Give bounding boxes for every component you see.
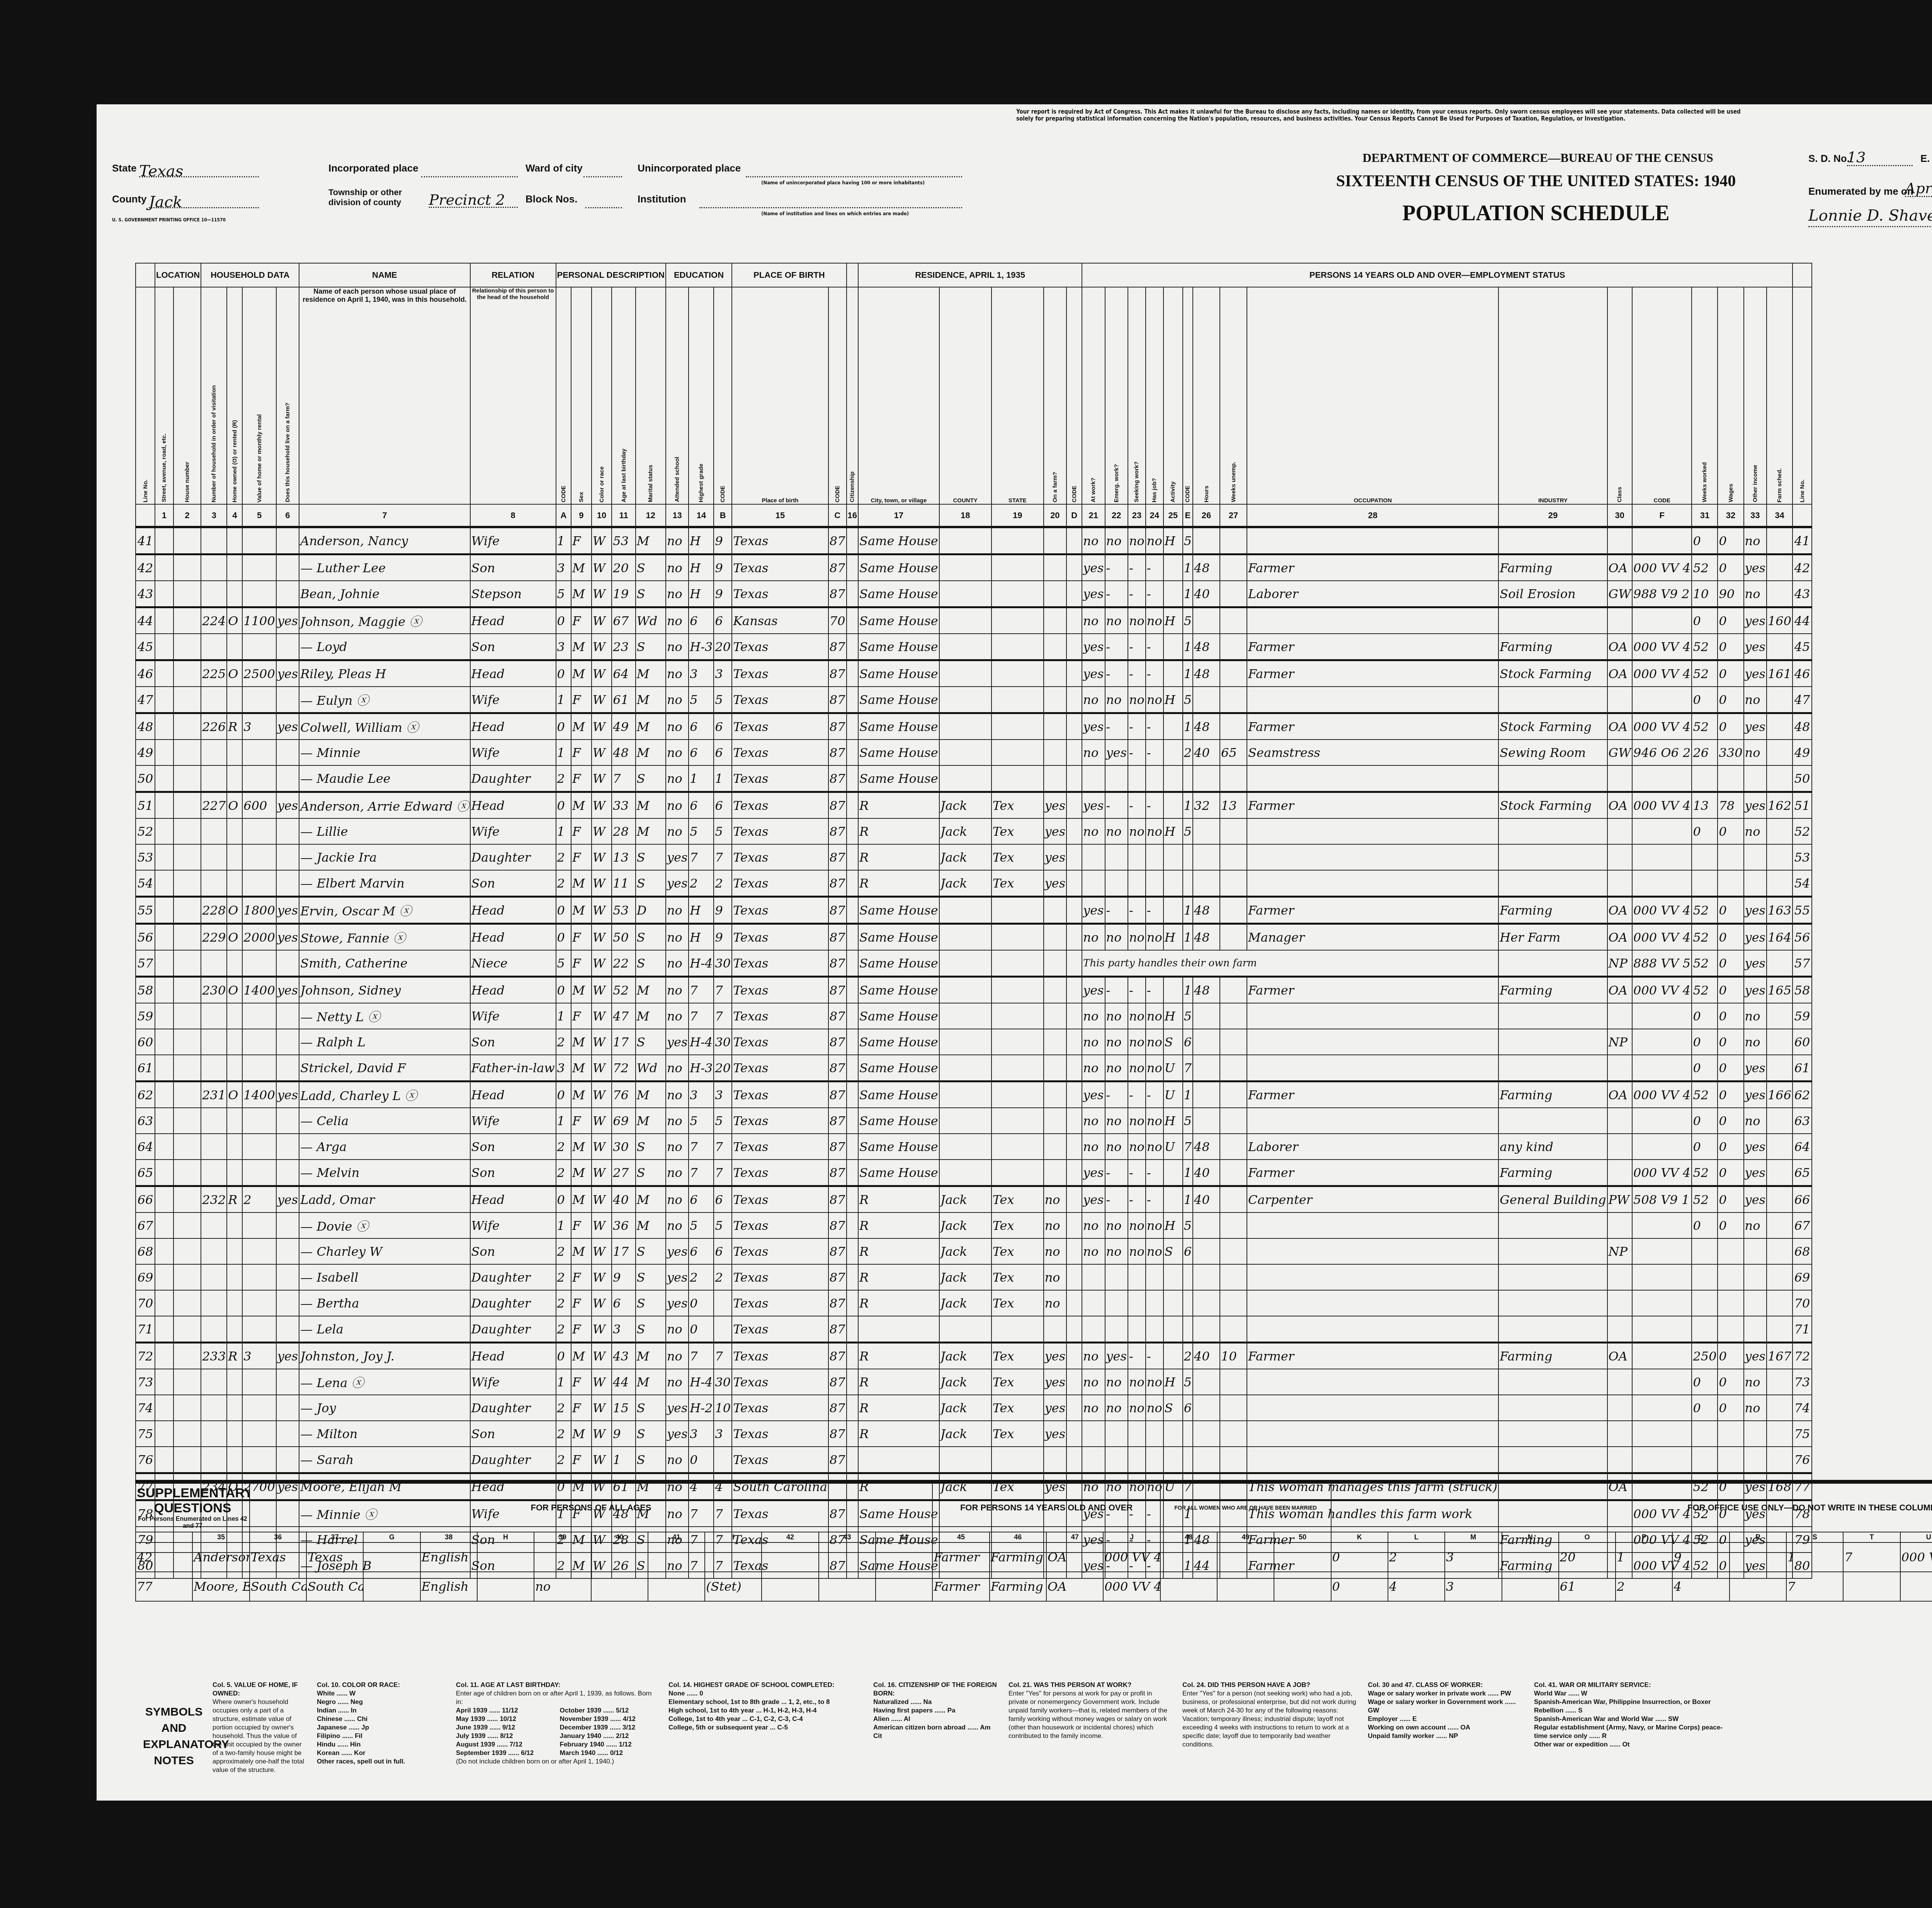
cell-tenure: [227, 740, 242, 765]
cell-cc: 87: [828, 1160, 847, 1186]
cell-c34: [1767, 687, 1793, 713]
cell-cc: 87: [828, 1055, 847, 1082]
cell-c32: 0: [1718, 713, 1743, 740]
cell-name: Strickel, David F: [299, 1055, 470, 1082]
cell-rcity: [858, 1447, 939, 1473]
cell-cb: 1: [714, 765, 732, 792]
cell-cd: [1066, 1108, 1082, 1134]
cell-c22: -: [1105, 581, 1128, 607]
cell-cf: [1632, 1316, 1692, 1343]
cell-c31: 52: [1692, 977, 1718, 1003]
line-number: 50: [136, 765, 155, 792]
cell-sch: no: [666, 1003, 689, 1029]
cell-rstate: [992, 1029, 1044, 1055]
cell-c23: no: [1128, 1003, 1146, 1029]
supp-cell-usual_occ: Farmer: [932, 1542, 989, 1572]
supp-cell-line: 77: [136, 1572, 192, 1601]
cell-birth: Texas: [732, 660, 828, 687]
cell-c32: 0: [1718, 1343, 1743, 1369]
cell-cf: [1632, 1238, 1692, 1264]
cell-c33: yes: [1744, 792, 1767, 819]
cell-birth: Texas: [732, 1212, 828, 1238]
cell-cc: 87: [828, 1421, 847, 1447]
cell-rcity: Same House: [858, 1082, 939, 1108]
cell-mar: S: [636, 870, 666, 897]
cell-mar: M: [636, 713, 666, 740]
cell-relation: Head: [470, 660, 556, 687]
column-number: 18: [939, 504, 992, 527]
enumerated-label: Enumerated by me on: [1808, 185, 1913, 197]
cell-sch: no: [666, 554, 689, 581]
cell-sch: no: [666, 1134, 689, 1160]
cell-c25: [1163, 765, 1183, 792]
column-numbers: 12345678A91011121314B15C1617181920D21222…: [136, 504, 1812, 527]
cell-c25: [1163, 1264, 1183, 1290]
cell-cit: [847, 1134, 858, 1160]
supp-cell-m: 3: [1445, 1572, 1502, 1601]
cell-ca: 1: [556, 1212, 571, 1238]
cell-name: — Lena ⓧ: [299, 1369, 470, 1395]
cell-cb: 5: [714, 687, 732, 713]
column-number: 26: [1193, 504, 1220, 527]
supp-column-numbers: 353637G38H394041I424344454647J484950KLMN…: [136, 1532, 1932, 1542]
cell-rcounty: [939, 660, 992, 687]
cell-name: — Elbert Marvin: [299, 870, 470, 897]
cell-age: 13: [612, 844, 635, 870]
cell-ca: 2: [556, 1160, 571, 1186]
note-item: February 1940 ...... 1/12: [560, 1740, 657, 1749]
cell-value: [242, 1108, 276, 1134]
unincorporated-field: [746, 162, 962, 177]
cell-visit: [201, 844, 227, 870]
cell-c25: [1163, 713, 1183, 740]
cell-c31: 52: [1692, 1082, 1718, 1108]
note-col41: Col. 41. WAR OR MILITARY SERVICE:World W…: [1534, 1681, 1727, 1749]
note-item: May 1939 ...... 10/12: [456, 1715, 553, 1723]
cell-cd: [1066, 1316, 1082, 1343]
cell-rfarm: [1044, 977, 1066, 1003]
supp-column-number: M: [1445, 1532, 1502, 1542]
township-label: Township or other division of county: [328, 187, 429, 207]
cell-sex: F: [571, 1395, 592, 1421]
cell-mar: S: [636, 1264, 666, 1290]
cell-sch: yes: [666, 1264, 689, 1290]
cell-cd: [1066, 634, 1082, 660]
block-label: Block Nos.: [526, 193, 577, 205]
cell-relation: Stepson: [470, 581, 556, 607]
note-item: Other war or expedition ...... Ot: [1534, 1740, 1727, 1749]
cell-age: 33: [612, 792, 635, 819]
column-number: 29: [1498, 504, 1607, 527]
cell-c32: 0: [1718, 660, 1743, 687]
cell-rcity: R: [858, 1212, 939, 1238]
note-item: Korean ...... Kor: [317, 1749, 444, 1757]
supp-column-number: L: [1388, 1532, 1445, 1542]
cell-age: 48: [612, 740, 635, 765]
cell-cf: [1632, 818, 1692, 844]
cell-rfarm: [1044, 660, 1066, 687]
cell-c23: -: [1128, 740, 1146, 765]
cell-rcounty: [939, 1134, 992, 1160]
cell-cb: 7: [714, 844, 732, 870]
cell-grade: H: [689, 581, 714, 607]
cell-c24: no: [1146, 1369, 1163, 1395]
cell-c21: no: [1082, 1212, 1105, 1238]
cell-c33: yes: [1744, 713, 1767, 740]
cell-grade: 1: [689, 765, 714, 792]
cell-rcity: R: [858, 1290, 939, 1316]
cell-sch: no: [666, 1186, 689, 1213]
cell-occ: [1247, 870, 1498, 897]
table-row: 74— JoyDaughter2FW15SyesH-210Texas87RJac…: [136, 1395, 1812, 1421]
supp-cell-r: [1730, 1542, 1786, 1572]
column-number: 14: [689, 504, 714, 527]
cell-race: W: [592, 1160, 612, 1186]
supp-cell-n: [1502, 1542, 1559, 1572]
cell-value: [242, 1369, 276, 1395]
cell-street: [155, 1447, 173, 1473]
cell-tenure: [227, 844, 242, 870]
cell-c25: U: [1163, 1134, 1183, 1160]
table-row: 48226R3yesColwell, William ⓧHead0MW49Mno…: [136, 713, 1812, 740]
cell-rfarm: [1044, 1029, 1066, 1055]
cell-c22: -: [1105, 660, 1128, 687]
cell-age: 17: [612, 1238, 635, 1264]
cell-street: [155, 792, 173, 819]
note-col21: Col. 21. WAS THIS PERSON AT WORK?Enter "…: [1009, 1681, 1171, 1740]
cell-sch: no: [666, 1160, 689, 1186]
line-number: 67: [136, 1212, 155, 1238]
cell-age: 3: [612, 1316, 635, 1343]
cell-name: — Jackie Ira: [299, 844, 470, 870]
cell-c34: [1767, 634, 1793, 660]
cell-c24: -: [1146, 740, 1163, 765]
cell-c22: -: [1105, 634, 1128, 660]
cell-c24: -: [1146, 634, 1163, 660]
cell-c25: [1163, 1343, 1183, 1369]
cell-c33: yes: [1744, 950, 1767, 977]
cell-tenure: O: [227, 660, 242, 687]
cell-tenure: [227, 1055, 242, 1082]
supp-cell-c39: no: [534, 1572, 591, 1601]
unincorporated-label: Unincorporated place: [638, 162, 741, 174]
supp-cell-i: [705, 1542, 762, 1572]
cell-race: W: [592, 634, 612, 660]
note-item: July 1939 ...... 8/12: [456, 1732, 553, 1740]
cell-c22: -: [1105, 554, 1128, 581]
cell-ce: 1: [1183, 713, 1193, 740]
cell-c33: no: [1744, 527, 1767, 554]
cell-cls: NP: [1607, 950, 1632, 977]
cell-ce: 1: [1183, 634, 1193, 660]
line-number: 71: [1793, 1316, 1812, 1343]
cell-rfarm: yes: [1044, 844, 1066, 870]
cell-age: 6: [612, 1290, 635, 1316]
column-number: 31: [1692, 504, 1718, 527]
cell-c33: yes: [1744, 554, 1767, 581]
line-number: 44: [136, 607, 155, 634]
line-number: 64: [136, 1134, 155, 1160]
cell-name: Anderson, Nancy: [299, 527, 470, 554]
cell-rstate: [992, 740, 1044, 765]
cell-birth: Texas: [732, 1264, 828, 1290]
cell-c25: S: [1163, 1238, 1183, 1264]
line-number: 44: [1793, 607, 1812, 634]
cell-farm: [276, 1264, 299, 1290]
cell-c31: 10: [1692, 581, 1718, 607]
cell-cc: 87: [828, 713, 847, 740]
cell-rcity: R: [858, 792, 939, 819]
note-item: June 1939 ...... 9/12: [456, 1723, 553, 1732]
cell-c23: no: [1128, 1395, 1146, 1421]
cell-tenure: [227, 1290, 242, 1316]
cell-c27: [1220, 554, 1247, 581]
cell-sch: no: [666, 634, 689, 660]
cell-cit: [847, 977, 858, 1003]
column-number: 5: [242, 504, 276, 527]
cell-farm: yes: [276, 1082, 299, 1108]
cell-ind: [1498, 607, 1607, 634]
cell-c32: [1718, 1264, 1743, 1290]
cell-house: [173, 844, 201, 870]
table-row: 46225O2500yesRiley, Pleas HHead0MW64Mno3…: [136, 660, 1812, 687]
cell-occ: Farmer: [1247, 554, 1498, 581]
supp-cell-mother: South Carolina: [306, 1572, 363, 1601]
cell-c23: -: [1128, 554, 1146, 581]
cell-occ: [1247, 607, 1498, 634]
cell-ind: Farming: [1498, 554, 1607, 581]
table-row: 73— Lena ⓧWife1FW44MnoH-430Texas87RJackT…: [136, 1369, 1812, 1395]
note-item: Filipino ...... Fil: [317, 1732, 444, 1740]
cell-cc: 87: [828, 634, 847, 660]
cell-rcounty: Jack: [939, 1238, 992, 1264]
cell-visit: [201, 634, 227, 660]
cell-birth: Texas: [732, 713, 828, 740]
cell-c32: 0: [1718, 554, 1743, 581]
cell-cb: 5: [714, 818, 732, 844]
cell-c32: 0: [1718, 977, 1743, 1003]
cell-cc: 87: [828, 977, 847, 1003]
cell-ca: 0: [556, 792, 571, 819]
cell-house: [173, 1003, 201, 1029]
note-item: Employer ...... E: [1368, 1715, 1522, 1723]
cell-rfarm: [1044, 607, 1066, 634]
line-number: 65: [136, 1160, 155, 1186]
cell-c24: [1146, 765, 1163, 792]
cell-farm: [276, 1238, 299, 1264]
cell-ce: [1183, 1290, 1193, 1316]
cell-rcity: R: [858, 1369, 939, 1395]
cell-c33: no: [1744, 1003, 1767, 1029]
cell-cb: 9: [714, 527, 732, 554]
cell-ind: Stock Farming: [1498, 713, 1607, 740]
cell-race: W: [592, 1369, 612, 1395]
cell-c27: [1220, 870, 1247, 897]
cell-c26: [1193, 1447, 1220, 1473]
cell-ind: Her Farm: [1498, 924, 1607, 951]
cell-mar: M: [636, 1369, 666, 1395]
cell-rstate: Tex: [992, 1186, 1044, 1213]
supp-cell-c41: [648, 1542, 705, 1572]
cell-name: — Eulyn ⓧ: [299, 687, 470, 713]
cell-sex: M: [571, 1029, 592, 1055]
cell-cd: [1066, 581, 1082, 607]
cell-ind: [1498, 1369, 1607, 1395]
cell-street: [155, 844, 173, 870]
cell-c31: 26: [1692, 740, 1718, 765]
table-row: 41Anderson, NancyWife1FW53MnoH9Texas87Sa…: [136, 527, 1812, 554]
cell-c31: [1692, 1316, 1718, 1343]
cell-rstate: [992, 765, 1044, 792]
cell-cc: 87: [828, 660, 847, 687]
cell-cls: [1607, 607, 1632, 634]
cell-cd: [1066, 1186, 1082, 1213]
cell-sex: M: [571, 1343, 592, 1369]
cell-c23: [1128, 870, 1146, 897]
line-number: 68: [136, 1238, 155, 1264]
cell-visit: 233: [201, 1343, 227, 1369]
cell-c31: [1692, 1264, 1718, 1290]
cell-c32: 90: [1718, 581, 1743, 607]
cell-ce: 7: [1183, 1134, 1193, 1160]
cell-cd: [1066, 1395, 1082, 1421]
cell-cit: [847, 1264, 858, 1290]
column-number: 2: [173, 504, 201, 527]
cell-occ: [1247, 765, 1498, 792]
cell-cls: NP: [1607, 1029, 1632, 1055]
supp-cell-c50: [1274, 1542, 1331, 1572]
cell-visit: [201, 1395, 227, 1421]
cell-sch: no: [666, 897, 689, 924]
cell-c34: [1767, 950, 1793, 977]
column-number: 34: [1767, 504, 1793, 527]
cell-c33: [1744, 844, 1767, 870]
cell-birth: Texas: [732, 1447, 828, 1473]
supp-column-number: 47: [1046, 1532, 1103, 1542]
cell-value: 600: [242, 792, 276, 819]
cell-rfarm: yes: [1044, 1421, 1066, 1447]
cell-c26: 48: [1193, 554, 1220, 581]
sd-label: S. D. No.: [1808, 153, 1850, 165]
cell-cit: [847, 1421, 858, 1447]
cell-occ: Farmer: [1247, 634, 1498, 660]
supplementary-questions: SUPPLEMENTARY QUESTIONS For Persons Enum…: [135, 1480, 1932, 1668]
cell-rfarm: yes: [1044, 1369, 1066, 1395]
cell-rcounty: [939, 634, 992, 660]
cell-rcity: R: [858, 870, 939, 897]
cell-c27: [1220, 1108, 1247, 1134]
cell-birth: Texas: [732, 1290, 828, 1316]
cell-ce: 1: [1183, 1186, 1193, 1213]
cell-occ: [1247, 1003, 1498, 1029]
cell-birth: Texas: [732, 1395, 828, 1421]
cell-cls: [1607, 527, 1632, 554]
cell-c32: [1718, 1316, 1743, 1343]
cell-occ: [1247, 1212, 1498, 1238]
supp-cell-k: 0: [1331, 1572, 1388, 1601]
cell-sex: M: [571, 1238, 592, 1264]
cell-cit: [847, 924, 858, 951]
supp-group-women: FOR ALL WOMEN WHO ARE OR HAVE BEEN MARRI…: [1160, 1483, 1331, 1532]
cell-ind: [1498, 1316, 1607, 1343]
cell-occ: [1247, 527, 1498, 554]
cell-cls: OA: [1607, 897, 1632, 924]
cell-c24: no: [1146, 1134, 1163, 1160]
cell-cc: 87: [828, 527, 847, 554]
cell-c27: [1220, 687, 1247, 713]
cell-cf: [1632, 844, 1692, 870]
cell-grade: H-4: [689, 1029, 714, 1055]
line-number: 47: [136, 687, 155, 713]
cell-house: [173, 1108, 201, 1134]
cell-c32: 0: [1718, 897, 1743, 924]
supp-column-number: S: [1786, 1532, 1843, 1542]
supp-column-number: O: [1559, 1532, 1616, 1542]
cell-house: [173, 950, 201, 977]
cell-c23: no: [1128, 818, 1146, 844]
cell-rfarm: yes: [1044, 1343, 1066, 1369]
table-row: 50— Maudie LeeDaughter2FW7Sno11Texas87Sa…: [136, 765, 1812, 792]
cell-age: 9: [612, 1421, 635, 1447]
cell-ind: [1498, 765, 1607, 792]
cell-c31: [1692, 1447, 1718, 1473]
table-row: 72233R3yesJohnston, Joy J.Head0MW43Mno77…: [136, 1343, 1812, 1369]
cell-c31: 52: [1692, 924, 1718, 951]
cell-c33: yes: [1744, 634, 1767, 660]
cell-c31: 0: [1692, 1212, 1718, 1238]
cell-farm: [276, 765, 299, 792]
note-item: September 1939 ...... 6/12: [456, 1749, 553, 1757]
cell-ind: [1498, 1212, 1607, 1238]
supp-cell-c43: [819, 1542, 876, 1572]
cell-c25: [1163, 792, 1183, 819]
cell-cf: 000 VV 4: [1632, 554, 1692, 581]
cell-ce: 1: [1183, 977, 1193, 1003]
cell-name: Smith, Catherine: [299, 950, 470, 977]
cell-house: [173, 1343, 201, 1369]
cell-birth: Texas: [732, 740, 828, 765]
cell-farm: [276, 1003, 299, 1029]
cell-relation: Wife: [470, 1108, 556, 1134]
cell-age: 19: [612, 581, 635, 607]
cell-c24: no: [1146, 1055, 1163, 1082]
table-row: 71— LelaDaughter2FW3Sno0Texas8771: [136, 1316, 1812, 1343]
column-number: 4: [227, 504, 242, 527]
cell-c34: [1767, 1290, 1793, 1316]
cell-rstate: [992, 977, 1044, 1003]
cell-c27: [1220, 1055, 1247, 1082]
supp-cell-name: Moore, Elijah M: [192, 1572, 249, 1601]
cell-c24: no: [1146, 1003, 1163, 1029]
cell-farm: [276, 554, 299, 581]
cell-sex: M: [571, 1055, 592, 1082]
cell-birth: Texas: [732, 687, 828, 713]
cell-farm: [276, 527, 299, 554]
cell-c21: yes: [1082, 1160, 1105, 1186]
cell-house: [173, 1395, 201, 1421]
cell-c33: yes: [1744, 1186, 1767, 1213]
cell-cit: [847, 1447, 858, 1473]
cell-c27: [1220, 1421, 1247, 1447]
cell-c32: [1718, 1238, 1743, 1264]
cell-name: — Dovie ⓧ: [299, 1212, 470, 1238]
cell-cd: [1066, 1421, 1082, 1447]
cell-sch: no: [666, 792, 689, 819]
cell-relation: Head: [470, 977, 556, 1003]
cell-house: [173, 1186, 201, 1213]
supp-column-number: [136, 1532, 192, 1542]
cell-c23: no: [1128, 1212, 1146, 1238]
